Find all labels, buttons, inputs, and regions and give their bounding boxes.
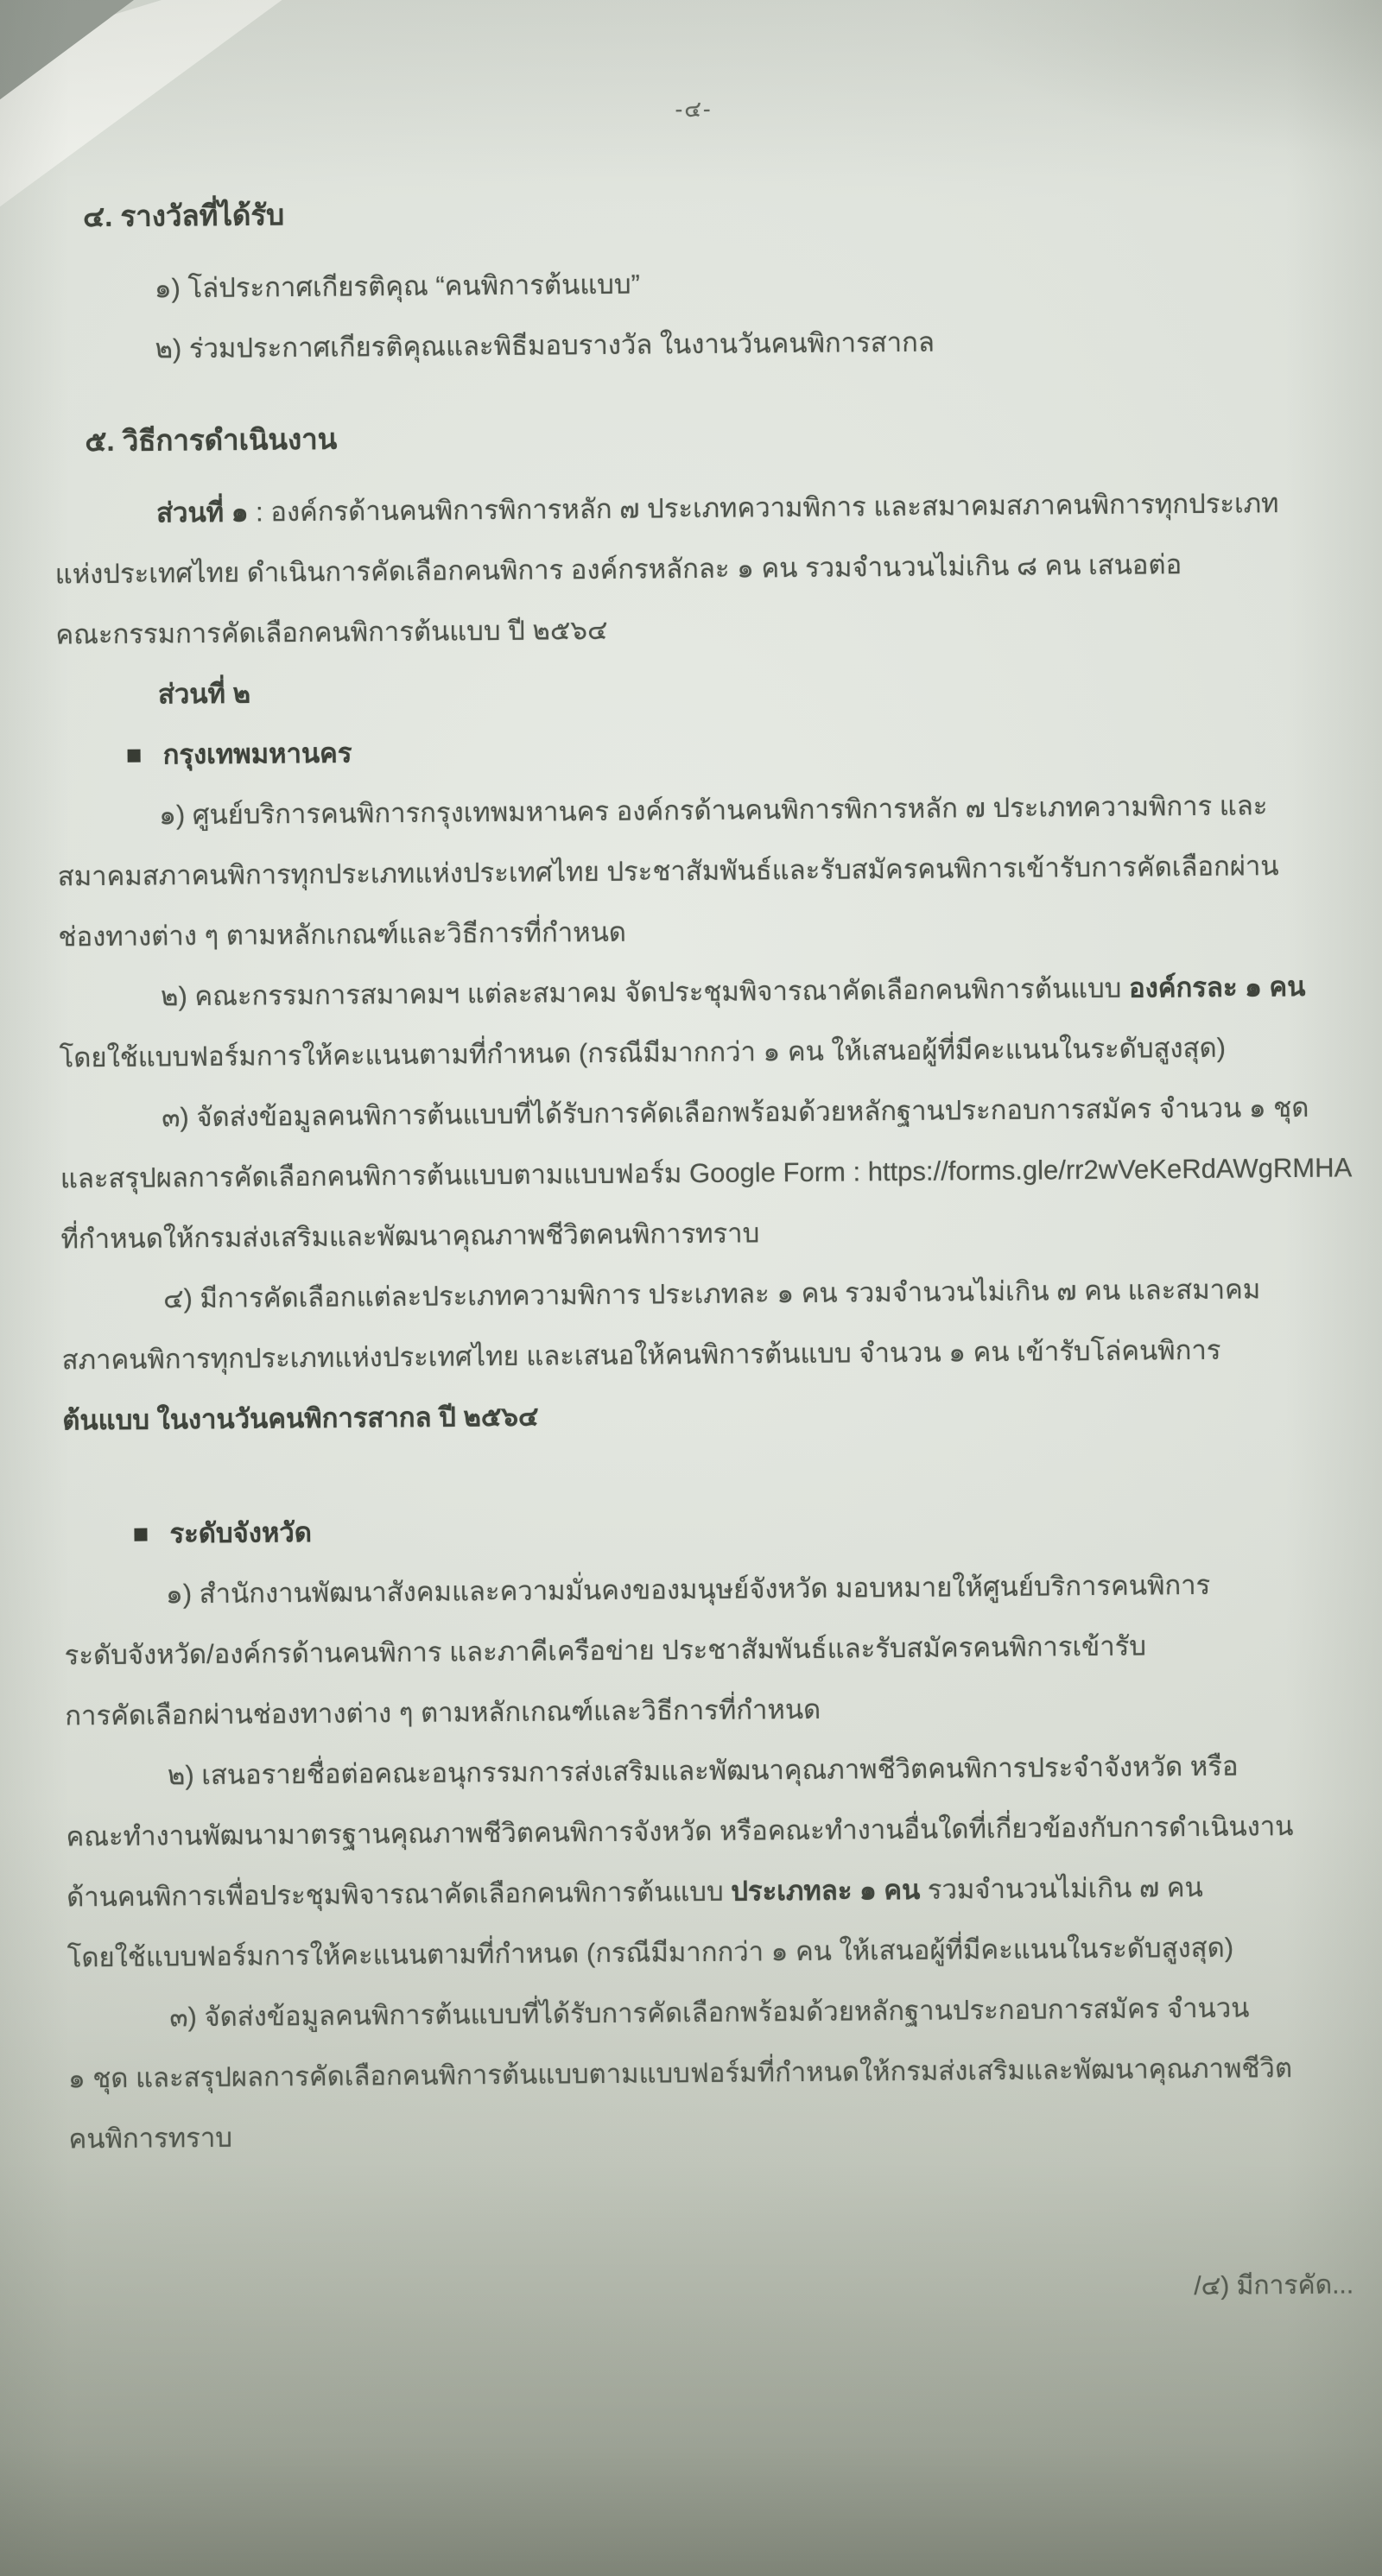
award-item-1: ๑) โล่ประกาศเกียรติคุณ “คนพิการต้นแบบ”	[53, 248, 1339, 320]
award-item-2: ๒) ร่วมประกาศเกียรติคุณและพิธีมอบรางวัล …	[53, 308, 1339, 380]
bangkok-item3-line2: และสรุปผลการคัดเลือกคนพิการต้นแบบตามแบบฟ…	[60, 1137, 1347, 1209]
bangkok-item3-line1: ๓) จัดส่งข้อมูลคนพิการต้นแบบที่ได้รับการ…	[60, 1077, 1346, 1149]
part2-label: ส่วนที่ ๒	[56, 654, 1342, 725]
bangkok-item3-line2-text: และสรุปผลการคัดเลือกคนพิการต้นแบบตามแบบฟ…	[60, 1158, 689, 1193]
bangkok-item1-line1: ๑) ศูนย์บริการคนพิการกรุงเทพมหานคร องค์ก…	[57, 775, 1343, 846]
province-item2-line1: ๒) เสนอรายชื่อต่อคณะอนุกรรมการส่งเสริมแล…	[66, 1735, 1352, 1807]
province-item2-line2: คณะทำงานพัฒนามาตรฐานคุณภาพชีวิตคนพิการจั…	[66, 1795, 1352, 1867]
bangkok-item2-line1-text: ๒) คณะกรรมการสมาคมฯ แต่ละสมาคม จัดประชุม…	[161, 973, 1129, 1012]
page-number: -๔-	[51, 84, 1336, 133]
part1-label: ส่วนที่ ๑	[156, 497, 249, 528]
continuation-mark: /๔) มีการคัด...	[70, 2255, 1356, 2326]
bangkok-item1-line2: สมาคมสภาคนพิการทุกประเภทแห่งประเทศไทย ปร…	[58, 835, 1344, 907]
part1-line2: แห่งประเทศไทย ดำเนินการคัดเลือกคนพิการ อ…	[54, 533, 1341, 604]
bangkok-item4-line2: สภาคนพิการทุกประเภทแห่งประเทศไทย และเสนอ…	[61, 1319, 1347, 1390]
province-item1-line2: ระดับจังหวัด/องค์กรด้านคนพิการ และภาคีเค…	[64, 1614, 1350, 1686]
province-item2-line3-pre: ด้านคนพิการเพื่อประชุมพิจารณาคัดเลือกคนพ…	[67, 1877, 731, 1913]
bangkok-bullet-label: กรุงเทพมหานคร	[162, 737, 352, 769]
province-item2-line3: ด้านคนพิการเพื่อประชุมพิจารณาคัดเลือกคนพ…	[67, 1856, 1353, 1927]
bangkok-item1-line3: ช่องทางต่าง ๆ ตามหลักเกณฑ์และวิธีการที่ก…	[58, 896, 1344, 967]
bangkok-item4-line3: ต้นแบบ ในงานวันคนพิการสากล ปี ๒๕๖๔	[62, 1379, 1348, 1451]
square-bullet-icon	[128, 750, 141, 763]
bangkok-item3-line3: ที่กำหนดให้กรมส่งเสริมและพัฒนาคุณภาพชีวิ…	[60, 1198, 1347, 1269]
province-item3-line3: คนพิการทราบ	[68, 2098, 1354, 2169]
province-item1-line1: ๑) สำนักงานพัฒนาสังคมและความมั่นคงของมนุ…	[64, 1554, 1350, 1625]
bangkok-item2-line2: โดยใช้แบบฟอร์มการให้คะแนนตามที่กำหนด (กร…	[59, 1016, 1345, 1088]
section-method-heading: ๕. วิธีการดำเนินงาน	[85, 400, 1340, 472]
province-item2-line3-post: รวมจำนวนไม่เกิน ๗ คน	[920, 1872, 1203, 1905]
province-item3-line1: ๓) จัดส่งข้อมูลคนพิการต้นแบบที่ได้รับการ…	[67, 1977, 1353, 2048]
section-awards-heading: ๔. รางวัลที่ได้รับ	[83, 175, 1338, 247]
province-bullet: ระดับจังหวัด	[134, 1493, 1349, 1564]
document-photo: -๔- ๔. รางวัลที่ได้รับ ๑) โล่ประกาศเกียร…	[0, 0, 1382, 2576]
province-item1-line3: การคัดเลือกผ่านช่องทางต่าง ๆ ตามหลักเกณฑ…	[65, 1674, 1351, 1746]
page-content: -๔- ๔. รางวัลที่ได้รับ ๑) โล่ประกาศเกียร…	[0, 0, 1382, 2576]
bangkok-item4-line1: ๔) มีการคัดเลือกแต่ละประเภทความพิการ ประ…	[61, 1258, 1347, 1330]
province-bullet-label: ระดับจังหวัด	[169, 1517, 312, 1548]
province-item2-line4: โดยใช้แบบฟอร์มการให้คะแนนตามที่กำหนด (กร…	[67, 1916, 1353, 1988]
bangkok-item2-line1: ๒) คณะกรรมการสมาคมฯ แต่ละสมาคม จัดประชุม…	[59, 956, 1345, 1028]
province-item2-line3-bold: ประเภทละ ๑ คน	[731, 1875, 920, 1907]
part1-line1: ส่วนที่ ๑ : องค์กรด้านคนพิการพิการหลัก ๗…	[54, 472, 1341, 544]
google-form-url: Google Form : https://forms.gle/rr2wVeKe…	[689, 1152, 1352, 1188]
province-item3-line2: ๑ ชุด และสรุปผลการคัดเลือกคนพิการต้นแบบต…	[68, 2037, 1354, 2109]
bangkok-item2-line1-bold: องค์กรละ ๑ คน	[1129, 972, 1306, 1003]
square-bullet-icon	[134, 1529, 147, 1541]
bangkok-bullet: กรุงเทพมหานคร	[127, 714, 1342, 785]
part1-line1-text: : องค์กรด้านคนพิการพิการหลัก ๗ ประเภทควา…	[248, 488, 1278, 527]
part1-line3: คณะกรรมการคัดเลือกคนพิการต้นแบบ ปี ๒๕๖๔	[55, 593, 1341, 665]
